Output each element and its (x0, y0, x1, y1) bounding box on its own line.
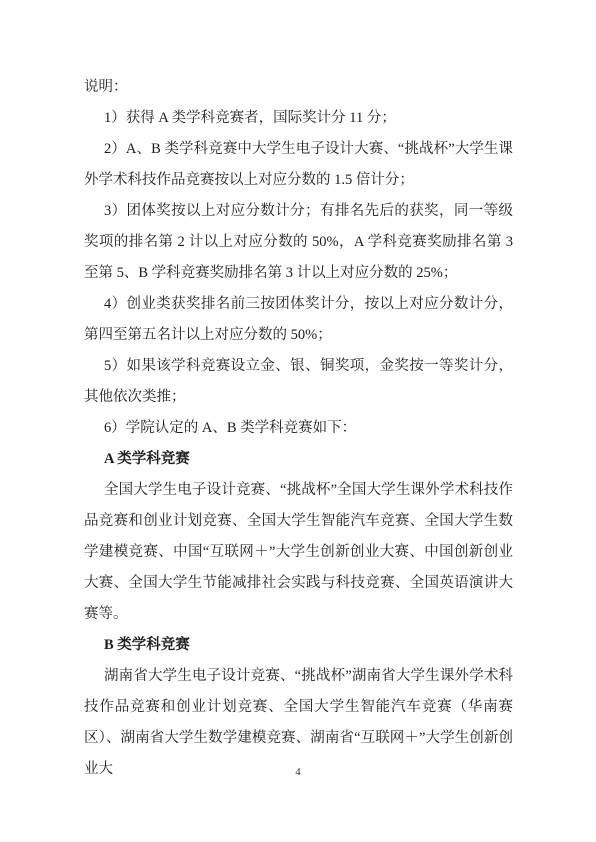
note-item-2: 2）A、B 类学科竞赛中大学生电子设计大赛、“挑战杯”大学生课外学术科技作品竞赛… (84, 134, 513, 196)
intro-label: 说明： (84, 72, 513, 103)
note-item-3: 3）团体奖按以上对应分数计分；有排名先后的获奖，同一等级奖项的排名第 2 计以上… (84, 196, 513, 289)
note-item-6: 6）学院认定的 A、B 类学科竞赛如下： (84, 413, 513, 444)
note-item-5: 5）如果该学科竞赛设立金、银、铜奖项，金奖按一等奖计分，其他依次类推； (84, 351, 513, 413)
section-a-body: 全国大学生电子设计竞赛、“挑战杯”全国大学生课外学术科技作品竞赛和创业计划竞赛、… (84, 475, 513, 630)
document-page: 说明： 1）获得 A 类学科竞赛者，国际奖计分 11 分； 2）A、B 类学科竞… (0, 0, 596, 842)
document-body: 说明： 1）获得 A 类学科竞赛者，国际奖计分 11 分； 2）A、B 类学科竞… (84, 72, 513, 785)
page-number: 4 (0, 766, 596, 779)
note-item-1: 1）获得 A 类学科竞赛者，国际奖计分 11 分； (84, 103, 513, 134)
section-a-heading: A 类学科竞赛 (84, 444, 513, 475)
section-b-heading: B 类学科竞赛 (84, 630, 513, 661)
note-item-4: 4）创业类获奖排名前三按团体奖计分，按以上对应分数计分，第四至第五名计以上对应分… (84, 289, 513, 351)
